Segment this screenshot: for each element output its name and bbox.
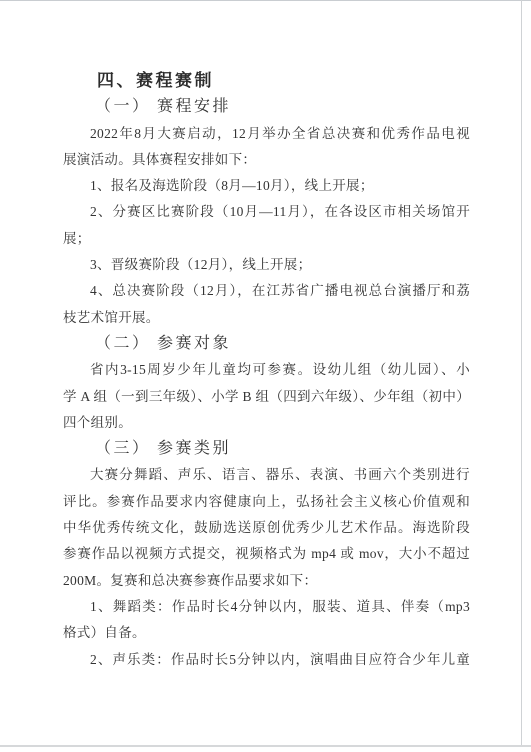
page-border-bottom <box>0 745 531 747</box>
text-line: 3、晋级赛阶段（12月），线上开展； <box>63 252 470 278</box>
text-line: 大赛分舞蹈、声乐、语言、器乐、表演、书画六个类别进行 <box>63 462 470 488</box>
text-line: 2、声乐类：作品时长5分钟以内，演唱曲目应符合少年儿童 <box>63 647 470 673</box>
text-line: 展演活动。具体赛程安排如下： <box>63 147 470 173</box>
text-line: 学 A 组（一到三年级）、小学 B 组（四到六年级）、少年组（初中） <box>63 384 470 410</box>
document-page: 四、赛程赛制（一） 赛程安排2022年8月大赛启动，12月举办全省总决赛和优秀作… <box>0 0 531 752</box>
text-line: 2022年8月大赛启动，12月举办全省总决赛和优秀作品电视 <box>63 121 470 147</box>
text-line: 200M。复赛和总决赛参赛作品要求如下： <box>63 568 470 594</box>
page-border-right <box>521 0 522 746</box>
text-line: 4、总决赛阶段（12月），在江苏省广播电视总台演播厅和荔 <box>63 278 470 304</box>
text-line: 四个组别。 <box>63 410 470 436</box>
subsection-heading: （二） 参赛对象 <box>63 331 470 357</box>
document-body: 四、赛程赛制（一） 赛程安排2022年8月大赛启动，12月举办全省总决赛和优秀作… <box>63 68 470 673</box>
page-border-top <box>0 0 531 1</box>
text-line: 1、报名及海选阶段（8月—10月），线上开展； <box>63 173 470 199</box>
text-line: 格式）自备。 <box>63 620 470 646</box>
text-line: 1、舞蹈类：作品时长4分钟以内，服装、道具、伴奏（mp3 <box>63 594 470 620</box>
text-line: 2、分赛区比赛阶段（10月—11月），在各设区市相关场馆开 <box>63 199 470 225</box>
text-line: 省内3-15周岁少年儿童均可参赛。设幼儿组（幼儿园）、小 <box>63 357 470 383</box>
text-line: 展； <box>63 226 470 252</box>
text-line: 中华优秀传统文化，鼓励选送原创优秀少儿艺术作品。海选阶段 <box>63 515 470 541</box>
subsection-heading: （一） 赛程安排 <box>63 94 470 120</box>
subsection-heading: （三） 参赛类别 <box>63 436 470 462</box>
text-line: 参赛作品以视频方式提交，视频格式为 mp4 或 mov，大小不超过 <box>63 541 470 567</box>
text-line: 评比。参赛作品要求内容健康向上，弘扬社会主义核心价值观和 <box>63 489 470 515</box>
section-heading: 四、赛程赛制 <box>63 68 470 94</box>
text-line: 枝艺术馆开展。 <box>63 305 470 331</box>
